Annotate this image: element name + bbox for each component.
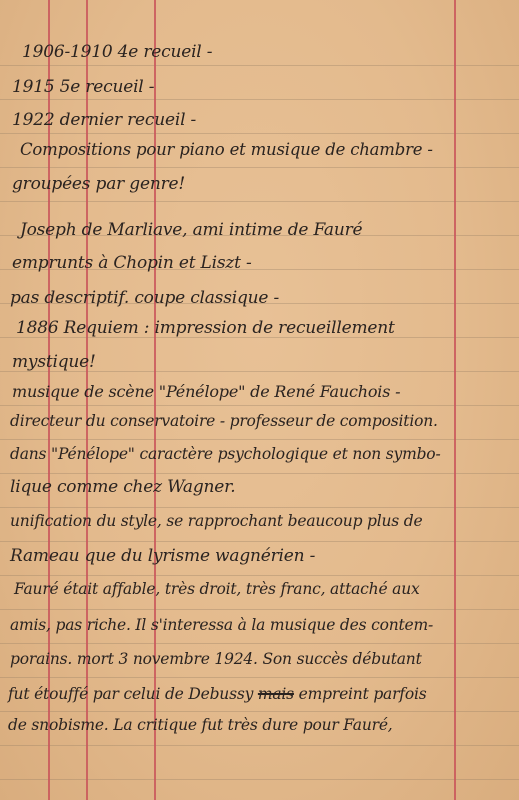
text-segment: fut étouffé par celui de Debussy [8, 685, 258, 703]
text-line: de snobisme. La critique fut très dure p… [8, 716, 393, 734]
text-line: musique de scène "Pénélope" de René Fauc… [12, 382, 400, 401]
text-line: pas descriptif. coupe classique - [10, 288, 279, 308]
text-line: Rameau que du lyrisme wagnérien - [10, 546, 315, 566]
text-line: fut étouffé par celui de Debussy mais em… [8, 685, 427, 703]
text-line: directeur du conservatoire - professeur … [10, 412, 438, 430]
text-line: 1922 dernier recueil - [12, 110, 196, 130]
text-line: dans "Pénélope" caractère psychologique … [10, 445, 440, 463]
text-line: Joseph de Marliave, ami intime de Fauré [20, 220, 362, 240]
text-line: amis, pas riche. Il s'interessa à la mus… [10, 616, 433, 634]
text-line: mystique! [12, 352, 96, 372]
text-line: groupées par genre! [12, 174, 185, 194]
text-line: Fauré était affable, très droit, très fr… [14, 580, 420, 598]
text-line: 1886 Requiem : impression de recueilleme… [16, 318, 395, 338]
text-line: emprunts à Chopin et Liszt - [12, 253, 252, 273]
text-line: Compositions pour piano et musique de ch… [20, 140, 433, 159]
notebook-page: 1906-1910 4e recueil - 1915 5e recueil -… [0, 0, 519, 800]
text-line: unification du style, se rapprochant bea… [10, 512, 422, 530]
handwritten-text: 1906-1910 4e recueil - 1915 5e recueil -… [0, 0, 519, 800]
text-line: lique comme chez Wagner. [10, 477, 235, 497]
struck-word: mais [258, 685, 294, 703]
text-segment: empreint parfois [294, 685, 427, 703]
text-line: porains. mort 3 novembre 1924. Son succè… [10, 650, 422, 668]
text-line: 1906-1910 4e recueil - [22, 42, 212, 62]
text-line: 1915 5e recueil - [12, 77, 154, 97]
